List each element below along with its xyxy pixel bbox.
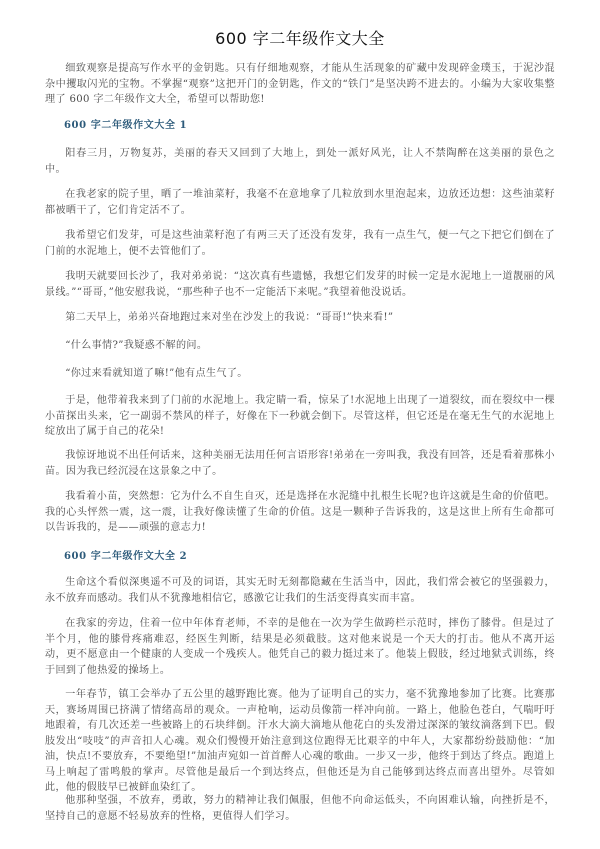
paragraph: “你过来看就知道了嘛!”他有点生气了。 bbox=[45, 366, 555, 382]
paragraph: 一年春节，镇工会举办了五公里的越野跑比赛。他为了证明自己的实力，毫不犹豫地参加了… bbox=[45, 687, 555, 796]
paragraph: 他那种坚强，不放弃，勇敢，努力的精神让我们佩服，但他不向命运低头，不向困难认输，… bbox=[45, 793, 555, 824]
paragraph: 第二天早上，弟弟兴奋地跑过来对坐在沙发上的我说：“哥哥!”快来看!” bbox=[45, 310, 555, 326]
document-page: 600 字二年级作文大全 细致观察是提高写作水平的金钥匙。只有仔细地观察，才能从… bbox=[0, 0, 600, 849]
paragraph: 我惊讶地说不出任何话来，这种美丽无法用任何言语形容!弟弟在一旁叫我，我没有回答，… bbox=[45, 448, 555, 479]
paragraph: 于是，他带着我来到了门前的水泥地上。我定睛一看，惊呆了!水泥地上出现了一道裂纹，… bbox=[45, 393, 555, 440]
paragraph: 我看着小苗，突然想：它为什么不自生自灭，还是选择在水泥缝中扎根生长呢?也许这就是… bbox=[45, 489, 555, 536]
document-title: 600 字二年级作文大全 bbox=[0, 26, 600, 49]
paragraph: 在我老家的院子里，晒了一堆油菜籽，我毫不在意地拿了几粒放到水里泡起来，边放还边想… bbox=[45, 187, 555, 218]
intro-paragraph: 细致观察是提高写作水平的金钥匙。只有仔细地观察，才能从生活现象的矿藏中发现碎金璞… bbox=[45, 61, 555, 108]
paragraph: 阳春三月，万物复苏，美丽的春天又回到了大地上，到处一派好风光，让人不禁陶醉在这美… bbox=[45, 146, 555, 177]
section-heading-2: 600 字二年级作文大全 2 bbox=[64, 547, 187, 562]
paragraph: 在我家的旁边，住着一位中年体育老师，不幸的是他在一次为学生做跨栏示范时，摔伤了膝… bbox=[45, 616, 555, 678]
paragraph: “什么事情?”我疑惑不解的问。 bbox=[45, 338, 555, 354]
paragraph: 生命这个看似深奥遥不可及的词语，其实无时无刻都隐藏在生活当中，因此，我们常会被它… bbox=[45, 575, 555, 606]
section-heading-1: 600 字二年级作文大全 1 bbox=[64, 116, 187, 131]
paragraph: 我希望它们发芽，可是这些油菜籽泡了有两三天了还没有发芽，我有一点生气，便一气之下… bbox=[45, 228, 555, 259]
paragraph: 我明天就要回长沙了，我对弟弟说：“这次真有些遗憾，我想它们发芽的时候一定是水泥地… bbox=[45, 269, 555, 300]
